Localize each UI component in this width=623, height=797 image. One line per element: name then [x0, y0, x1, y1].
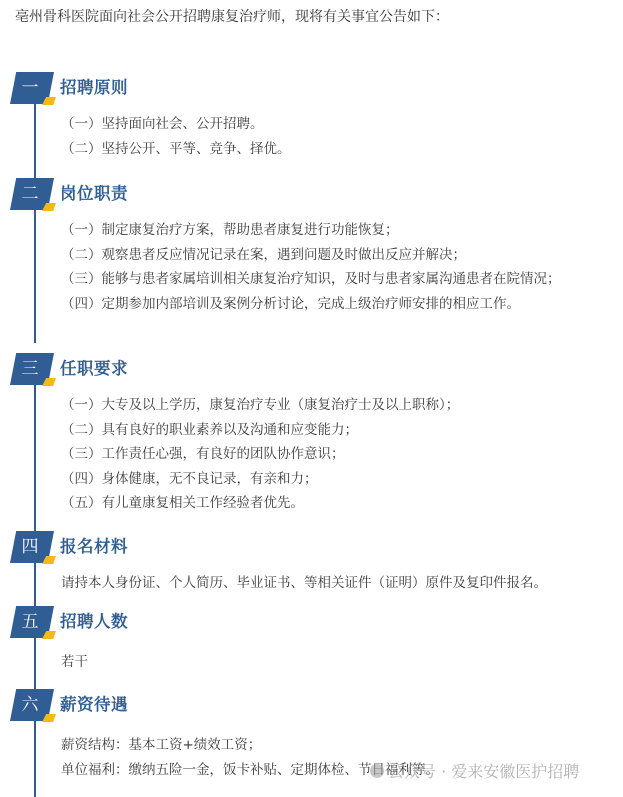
timeline-line: [34, 638, 36, 690]
section-title: 招聘人数: [60, 609, 128, 635]
list-item: 请持本人身份证、个人简历、毕业证书、等相关证件（证明）原件及复印件报名。: [61, 571, 547, 596]
section-title: 任职要求: [60, 356, 128, 382]
section-number-badge: 二: [10, 178, 54, 210]
section-number-badge: 四: [10, 531, 54, 563]
timeline-line: [34, 101, 36, 179]
announcement-page: 亳州骨科医院面向社会公开招聘康复治疗师，现将有关事宜公告如下： 一 招聘原则 （…: [0, 0, 623, 797]
section-title: 岗位职责: [60, 181, 128, 207]
list-item: （三）能够与患者家属培训相关康复治疗知识，及时与患者家属沟通患者在院情况；: [61, 267, 561, 292]
timeline-line: [34, 385, 36, 533]
section-number-badge: 一: [10, 72, 54, 104]
watermark: 公众号 · 爱来安徽医护招聘: [370, 760, 579, 784]
section-number-badge: 六: [10, 689, 54, 721]
list-item: （四）身体健康，无不良记录，有亲和力；: [61, 467, 459, 492]
section-number-badge: 五: [10, 606, 54, 638]
timeline-line: [34, 563, 36, 610]
list-item: （一）大专及以上学历，康复治疗专业（康复治疗士及以上职称）；: [61, 393, 459, 418]
list-item: （二）具有良好的职业素养以及沟通和应变能力；: [61, 418, 459, 443]
section-title: 薪资待遇: [60, 692, 128, 718]
list-item: （一）制定康复治疗方案，帮助患者康复进行功能恢复；: [61, 218, 561, 243]
list-item: 薪资结构：基本工资+绩效工资；: [61, 733, 439, 758]
list-item: （五）有儿童康复相关工作经验者优先。: [61, 491, 459, 516]
wechat-icon: [370, 764, 384, 778]
list-item: （二）坚持公开、平等、竞争、择优。: [61, 137, 291, 162]
section-number-badge: 三: [10, 353, 54, 385]
intro-text: 亳州骨科医院面向社会公开招聘康复治疗师，现将有关事宜公告如下：: [15, 6, 449, 28]
list-item: 若干: [61, 650, 88, 675]
list-item: （一）坚持面向社会、公开招聘。: [61, 112, 291, 137]
list-item: （四）定期参加内部培训及案例分析讨论，完成上级治疗师安排的相应工作。: [61, 292, 561, 317]
list-item: （三）工作责任心强，有良好的团队协作意识；: [61, 442, 459, 467]
timeline-line: [34, 720, 36, 797]
list-item: （二）观察患者反应情况记录在案，遇到问题及时做出反应并解决；: [61, 243, 561, 268]
timeline-line: [34, 208, 36, 343]
section-title: 报名材料: [60, 534, 128, 560]
section-title: 招聘原则: [60, 75, 128, 101]
